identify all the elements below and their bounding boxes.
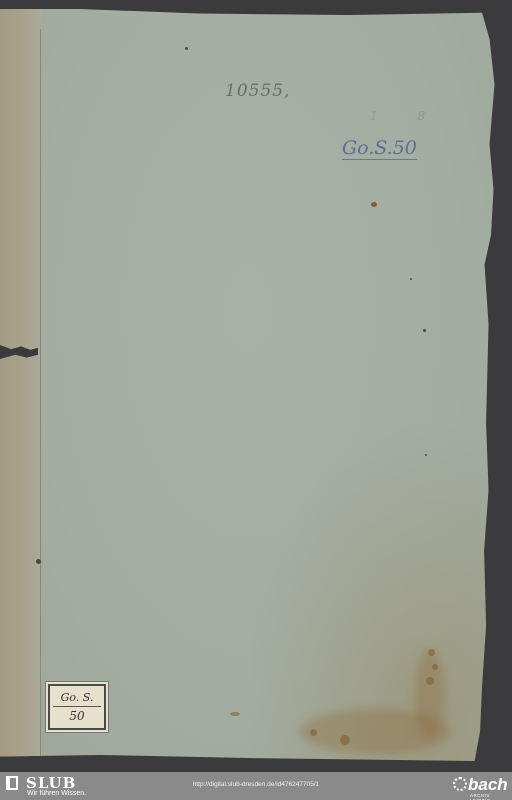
fold-line [40, 29, 41, 769]
shelfmark-label: Go. S. 50 [48, 684, 106, 730]
speck [36, 559, 41, 564]
speck [410, 278, 412, 280]
speck [371, 202, 377, 207]
stain-spot [230, 712, 240, 716]
label-top-text: Go. S. [53, 691, 102, 707]
stain-spot [426, 677, 434, 685]
document-viewer: 10555, 1 8 Go.S.50 Go. S. 50 [0, 0, 512, 772]
label-bottom-text: 50 [69, 707, 84, 723]
stain-spot [340, 735, 350, 745]
bach-logo-text[interactable]: bach [468, 775, 508, 795]
bach-crest-icon [453, 777, 467, 791]
speck [425, 454, 427, 456]
speck [185, 47, 188, 50]
faint-pencil-annotation: 1 8 [370, 109, 443, 123]
stain-spot [428, 649, 435, 656]
speck [423, 329, 426, 332]
pencil-number-annotation: 10555, [225, 81, 290, 101]
bach-subtitle: ARCHIV LEIPZIG [470, 793, 512, 800]
binding-strip [0, 9, 42, 761]
scanned-page: 10555, 1 8 Go.S.50 Go. S. 50 [0, 9, 497, 761]
footer-bar: SLUB Wir führen Wissen. http://digital.s… [0, 772, 512, 800]
shelfmark-annotation: Go.S.50 [342, 137, 417, 160]
water-stain [415, 649, 445, 739]
document-url[interactable]: http://digital.slub-dresden.de/id4762477… [0, 781, 512, 788]
stain-spot [432, 664, 438, 670]
stain-spot [310, 729, 317, 736]
slub-tagline: Wir führen Wissen. [27, 790, 86, 797]
